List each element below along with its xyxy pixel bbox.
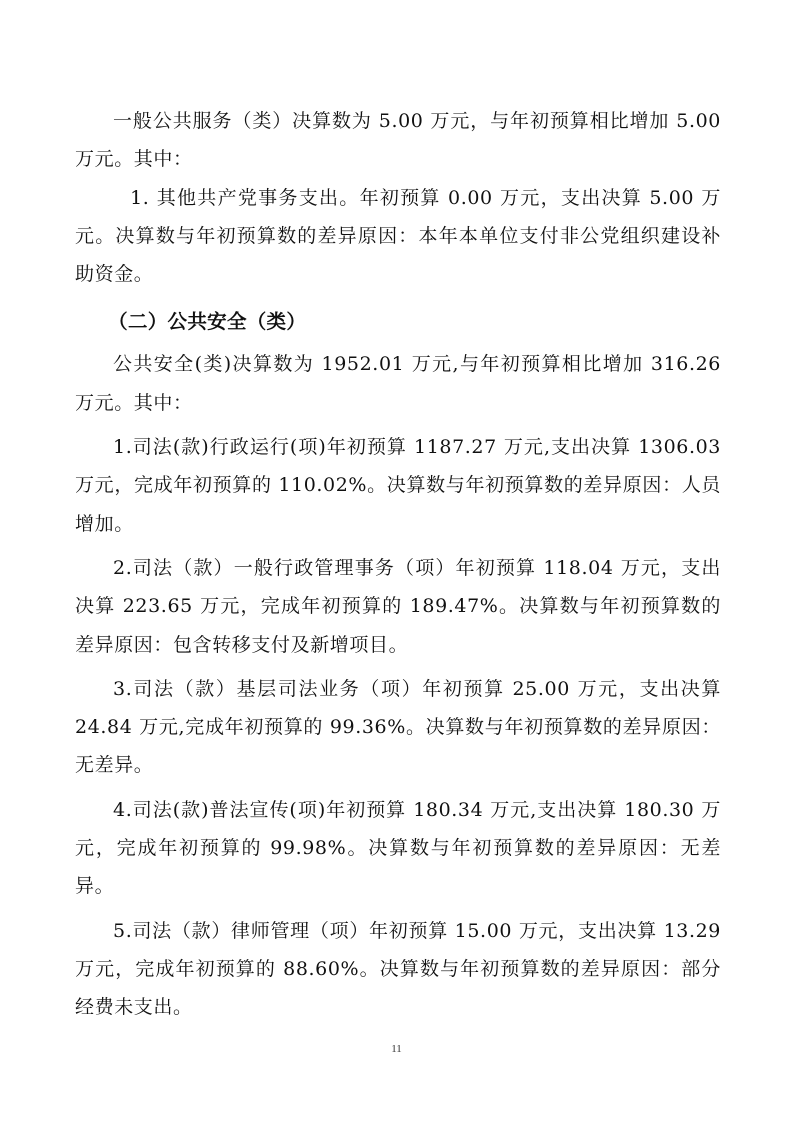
page-number: 11 [0, 1043, 793, 1055]
spacer [75, 293, 721, 299]
list-item: 5.司法（款）律师管理（项）年初预算 15.00 万元，支出决算 13.29 万… [75, 912, 721, 1027]
page-content: 一般公共服务（类）决算数为 5.00 万元，与年初预算相比增加 5.00 万元。… [75, 102, 721, 1027]
general-public-services-summary: 一般公共服务（类）决算数为 5.00 万元，与年初预算相比增加 5.00 万元。… [75, 102, 721, 179]
list-item: 4.司法(款)普法宣传(项)年初预算 180.34 万元,支出决算 180.30… [75, 791, 721, 906]
list-item: 2.司法（款）一般行政管理事务（项）年初预算 118.04 万元，支出决算 22… [75, 549, 721, 664]
list-item: 1.司法(款)行政运行(项)年初预算 1187.27 万元,支出决算 1306.… [75, 428, 721, 543]
list-item-other-party-affairs: 1. 其他共产党事务支出。年初预算 0.00 万元，支出决算 5.00 万元。决… [75, 179, 721, 294]
document-page: 一般公共服务（类）决算数为 5.00 万元，与年初预算相比增加 5.00 万元。… [0, 0, 793, 1122]
section-heading-public-security: （二）公共安全（类） [75, 302, 721, 342]
list-item: 3.司法（款）基层司法业务（项）年初预算 25.00 万元，支出决算 24.84… [75, 670, 721, 785]
public-security-summary: 公共安全(类)决算数为 1952.01 万元,与年初预算相比增加 316.26 … [75, 345, 721, 422]
